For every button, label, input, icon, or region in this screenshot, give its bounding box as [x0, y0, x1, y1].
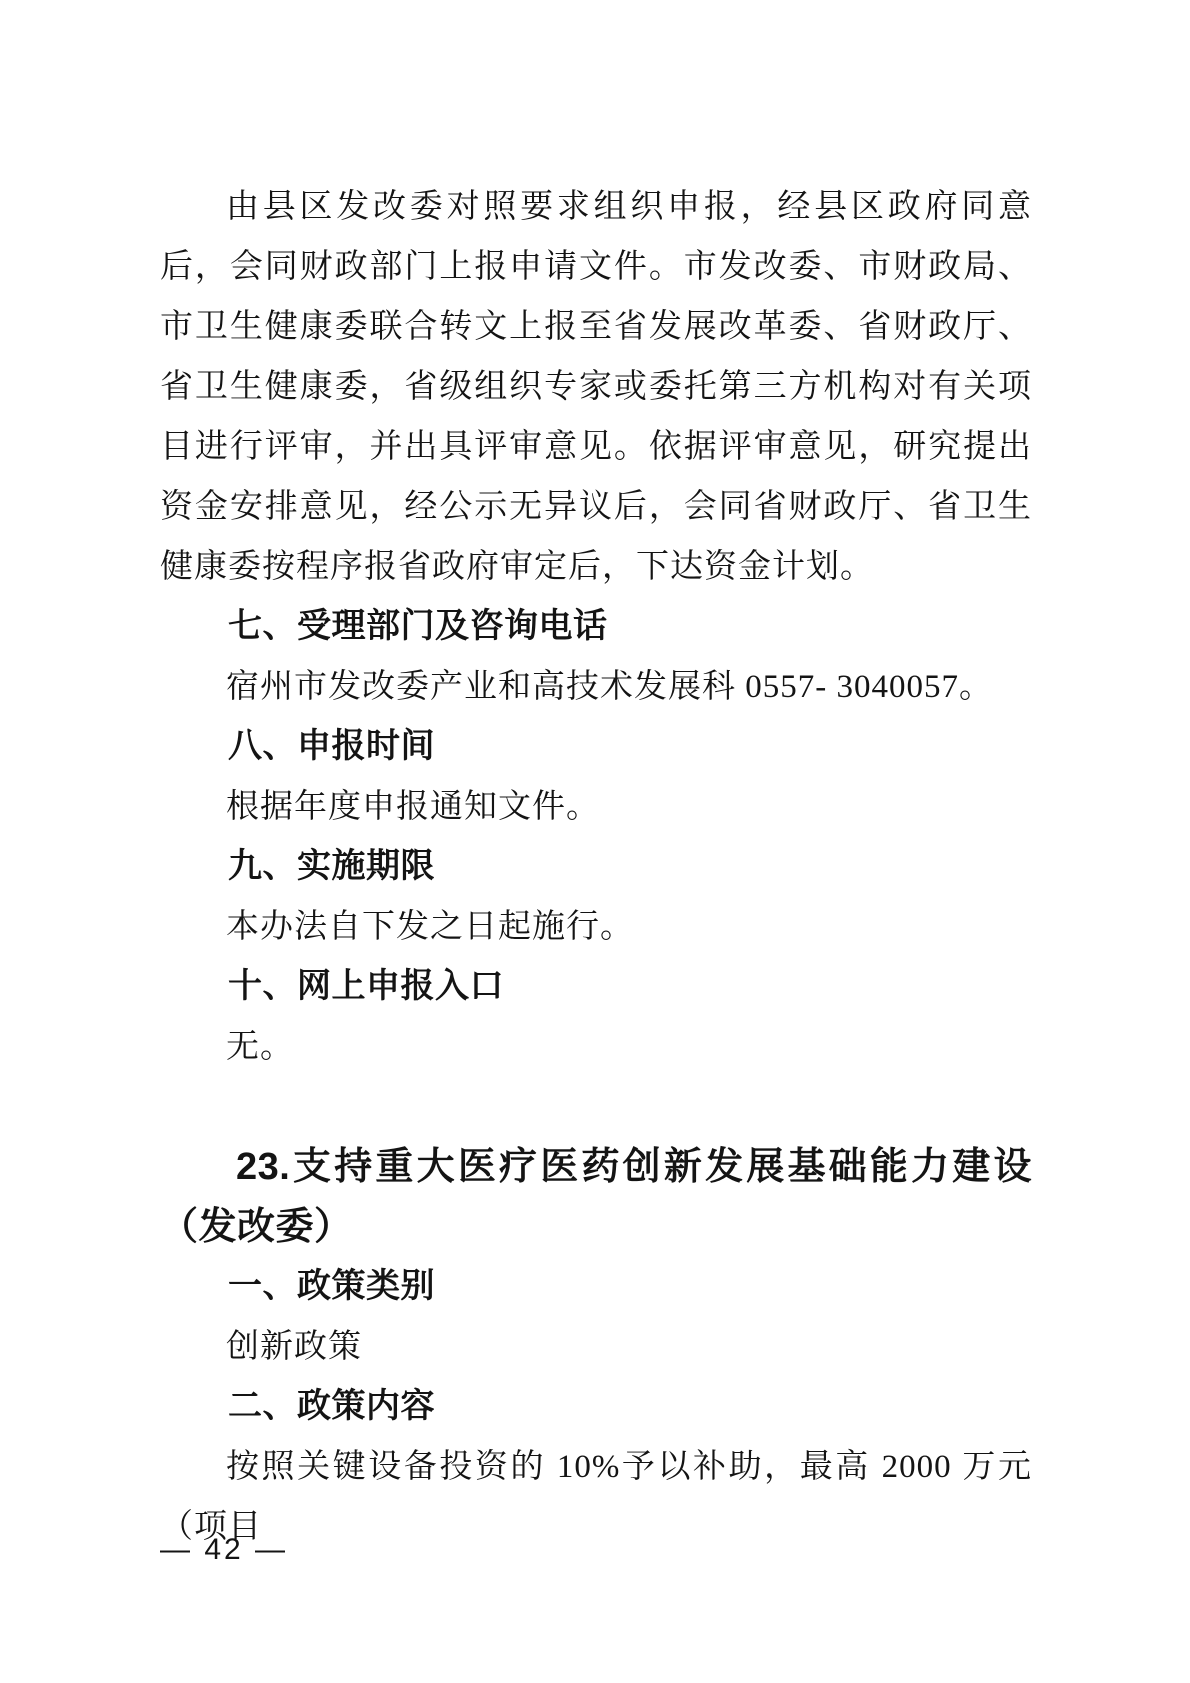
policy-item-23-title: 23.支持重大医疗医药创新发展基础能力建设（发改委）	[160, 1137, 1032, 1257]
document-page: 由县区发改委对照要求组织申报，经县区政府同意后，会同财政部门上报申请文件。市发改…	[0, 0, 1190, 1683]
section-heading-online-entry: 十、网上申报入口	[160, 957, 1032, 1017]
policy-section-body-category: 创新政策	[160, 1317, 1032, 1377]
section-heading-application-time: 八、申报时间	[160, 717, 1032, 777]
section-heading-implementation-period: 九、实施期限	[160, 837, 1032, 897]
section-body-accepting-department: 宿州市发改委产业和高技术发展科 0557- 3040057。	[160, 657, 1032, 717]
procedure-paragraph: 由县区发改委对照要求组织申报，经县区政府同意后，会同财政部门上报申请文件。市发改…	[160, 177, 1032, 597]
page-number: — 42 —	[160, 1524, 288, 1576]
section-heading-accepting-department: 七、受理部门及咨询电话	[160, 597, 1032, 657]
policy-section-heading-category: 一、政策类别	[160, 1257, 1032, 1317]
section-body-application-time: 根据年度申报通知文件。	[160, 777, 1032, 837]
document-content: 由县区发改委对照要求组织申报，经县区政府同意后，会同财政部门上报申请文件。市发改…	[160, 177, 1032, 1557]
policy-section-body-content: 按照关键设备投资的 10%予以补助，最高 2000 万元（项目	[160, 1437, 1032, 1557]
section-body-online-entry: 无。	[160, 1017, 1032, 1077]
section-body-implementation-period: 本办法自下发之日起施行。	[160, 897, 1032, 957]
policy-section-heading-content: 二、政策内容	[160, 1377, 1032, 1437]
